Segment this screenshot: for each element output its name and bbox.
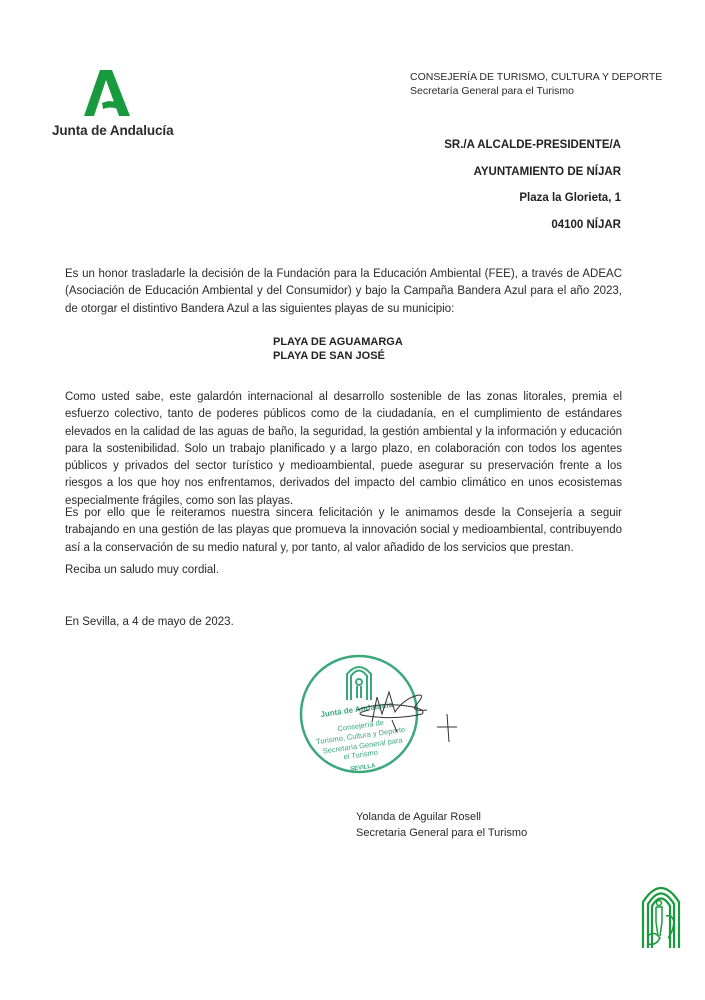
junta-logo: Junta de Andalucía: [52, 70, 182, 138]
signatory-block: Yolanda de Aguilar Rosell Secretaria Gen…: [356, 810, 527, 841]
andalucia-coat-of-arms-icon: [640, 880, 682, 950]
recipient-line: SR./A ALCALDE-PRESIDENTE/A: [444, 139, 621, 166]
junta-andalucia-a-icon: [82, 70, 134, 120]
beach-item: PLAYA DE SAN JOSÉ: [273, 350, 403, 364]
recipient-address: SR./A ALCALDE-PRESIDENTE/A AYUNTAMIENTO …: [444, 139, 621, 245]
paragraph-congrats: Es por ello que le reiteramos nuestra si…: [65, 505, 622, 557]
department-header: CONSEJERÍA DE TURISMO, CULTURA Y DEPORTE…: [410, 71, 662, 98]
subdepartment-name: Secretaría General para el Turismo: [410, 85, 662, 99]
place-date: En Sevilla, a 4 de mayo de 2023.: [65, 614, 622, 631]
official-stamp: Junta de Andalucía Consejería de Turismo…: [297, 652, 422, 777]
stamp-emblem-icon: [347, 667, 371, 700]
logo-text: Junta de Andalucía: [52, 123, 182, 138]
paragraph-award: Como usted sabe, este galardón internaci…: [65, 389, 622, 510]
beach-list: PLAYA DE AGUAMARGA PLAYA DE SAN JOSÉ: [273, 336, 403, 363]
department-name: CONSEJERÍA DE TURISMO, CULTURA Y DEPORTE: [410, 71, 662, 85]
svg-text:Junta de Andalucía: Junta de Andalucía: [320, 700, 394, 719]
recipient-line: AYUNTAMIENTO DE NÍJAR: [444, 166, 621, 193]
recipient-line: Plaza la Glorieta, 1: [444, 192, 621, 219]
signatory-name: Yolanda de Aguilar Rosell: [356, 810, 527, 826]
signatory-title: Secretaria General para el Turismo: [356, 826, 527, 842]
closing-text: Reciba un saludo muy cordial.: [65, 562, 622, 579]
paragraph-intro: Es un honor trasladarle la decisión de l…: [65, 266, 622, 318]
recipient-line: 04100 NÍJAR: [444, 219, 621, 246]
beach-item: PLAYA DE AGUAMARGA: [273, 336, 403, 350]
